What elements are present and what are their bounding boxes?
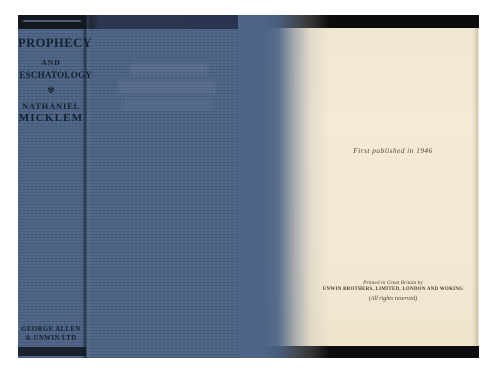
imprint-line1: Printed in Great Britain by xyxy=(305,280,479,286)
spine-title-line2: ESCHATOLOGY xyxy=(19,71,82,81)
imprint-line3: (All rights reserved) xyxy=(305,296,479,302)
first-published-line: First published in 1946 xyxy=(305,146,479,155)
spine-title-and: AND xyxy=(18,58,84,67)
spine-author-line2: MICKLEM xyxy=(18,112,84,124)
spine-title-line1: PROPHECY xyxy=(18,36,84,51)
book-photograph: PROPHECY AND ESCHATOLOGY ✾ NATHANIEL MIC… xyxy=(18,15,479,358)
cover-blind-stamp-mark xyxy=(122,99,212,111)
imprint-line2: UNWIN BROTHERS, LIMITED, LONDON AND WOKI… xyxy=(305,287,479,292)
spine-lettering: PROPHECY AND ESCHATOLOGY ✾ NATHANIEL MIC… xyxy=(18,15,84,358)
book-photo-canvas: PROPHECY AND ESCHATOLOGY ✾ NATHANIEL MIC… xyxy=(0,0,500,376)
spine-author-line1: NATHANIEL xyxy=(18,101,84,111)
spine-publisher-line2: & UNWIN LTD xyxy=(18,335,84,342)
fleuron-icon: ✾ xyxy=(18,85,84,96)
cover-blind-stamp-mark xyxy=(130,63,208,75)
spine-publisher-line1: GEORGE ALLEN xyxy=(18,326,84,333)
cover-blind-stamp-mark xyxy=(118,81,216,94)
copyright-page-text: First published in 1946 Printed in Great… xyxy=(305,15,479,358)
